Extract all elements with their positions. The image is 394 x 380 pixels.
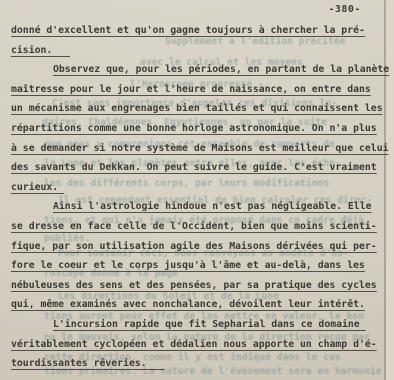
text-line: L'incursion rapide que fit Sepharial dan… bbox=[11, 315, 394, 335]
text-line: répartitions comme une bonne horloge ast… bbox=[11, 119, 394, 139]
scanned-page: -380- Supplément à l'édition précitée av… bbox=[0, 0, 394, 380]
text-line: un mécanisme aux engrenages bien taillés… bbox=[11, 99, 394, 119]
text-line: se dresse en face celle de l'Occident, b… bbox=[11, 217, 394, 237]
text-line: des savants du Dekkan. On peut suivre le… bbox=[11, 158, 394, 178]
text-line: tourdissantes rêveries. bbox=[11, 354, 394, 374]
text-line: fore le coeur et le corps jusqu'à l'âme … bbox=[11, 256, 394, 276]
text-line: curieux. bbox=[11, 178, 394, 198]
text-line: nébuleuses des sens et des pensées, par … bbox=[11, 276, 394, 296]
text-line: qui, même examinés avec nonchalance, dév… bbox=[11, 295, 394, 315]
text-line: véritablement cyclopéen et dédalïen nous… bbox=[11, 335, 394, 355]
text-line: maîtresse pour le jour et l'heure de nai… bbox=[11, 80, 394, 100]
typewritten-body: donné d'excellent et qu'on gagne toujour… bbox=[11, 21, 394, 374]
text-line: à se demander si notre système de Maison… bbox=[11, 139, 394, 159]
text-line: fique, par son utilisation agile des Mai… bbox=[11, 237, 394, 257]
text-line: Ainsi l'astrologie hindoue n'est pas nég… bbox=[11, 197, 394, 217]
text-line: donné d'excellent et qu'on gagne toujour… bbox=[11, 21, 394, 41]
text-line: cision. bbox=[11, 41, 394, 61]
text-line: Observez que, pour les périodes, en part… bbox=[11, 60, 394, 80]
